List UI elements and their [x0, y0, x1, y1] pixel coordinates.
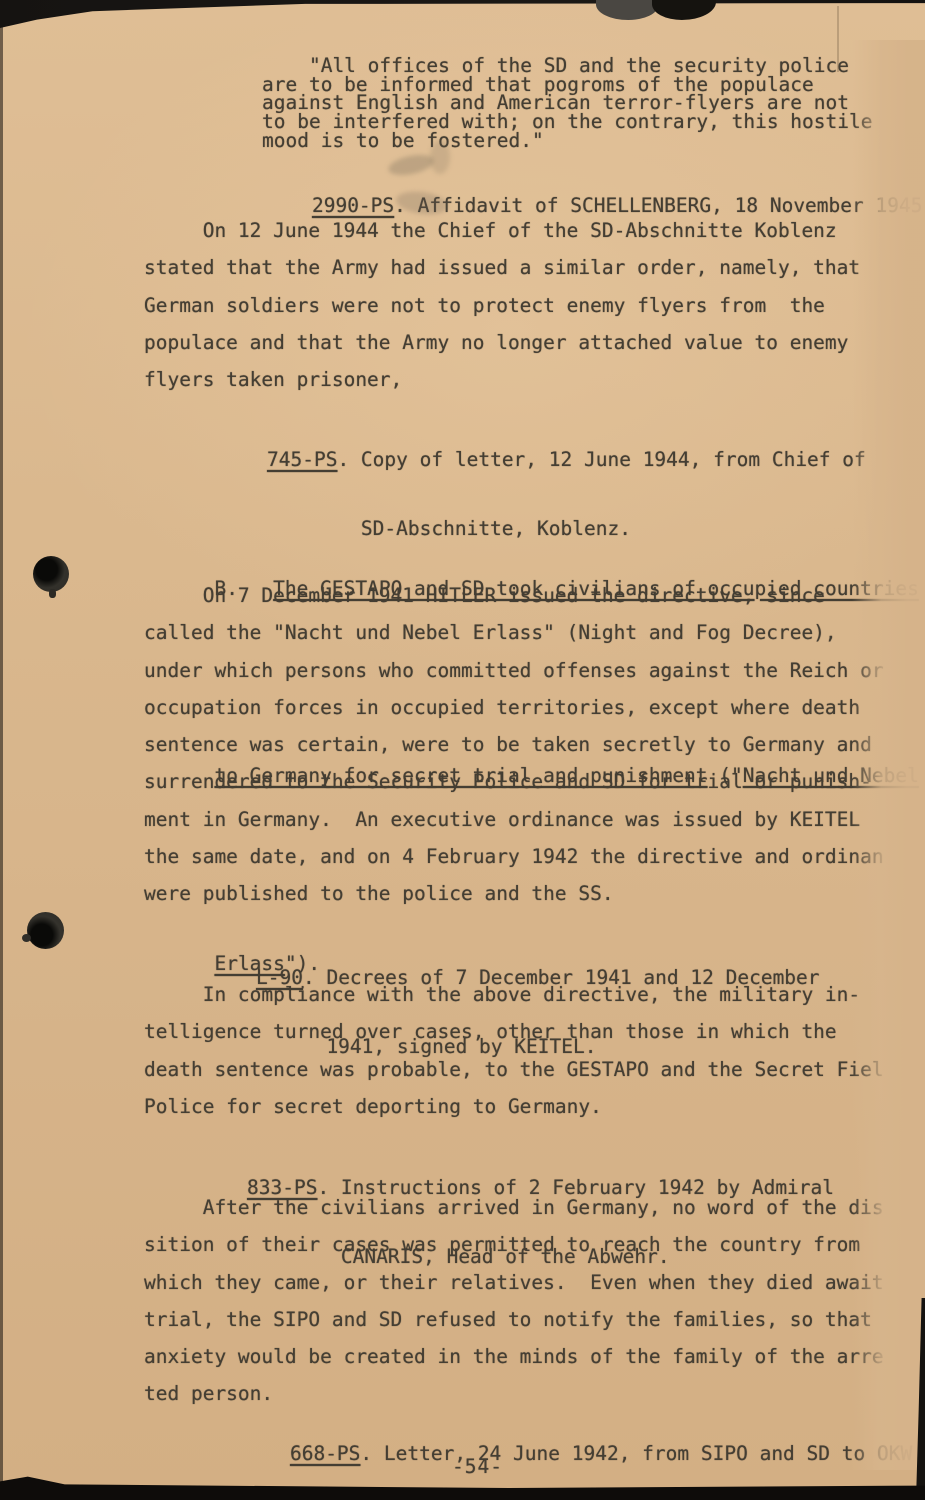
text-line: telligence turned over cases, other than…: [144, 1013, 884, 1050]
text-line: called the "Nacht und Nebel Erlass" (Nig…: [144, 614, 884, 651]
text-line: sentence was certain, were to be taken s…: [144, 726, 884, 763]
body-paragraph: On 12 June 1944 the Chief of the SD-Absc…: [144, 212, 860, 398]
body-paragraph: On 7 December 1941 HITLER issued the dir…: [144, 577, 884, 912]
page-number: -54-: [452, 1455, 503, 1478]
hole-punch-bottom: [27, 912, 64, 949]
citation-668-ps: 668-PS. Letter, 24 June 1942, from SIPO …: [243, 1419, 924, 1488]
text-line: under which persons who committed offens…: [144, 652, 884, 689]
body-paragraph: After the civilians arrived in Germany, …: [144, 1189, 884, 1413]
exhibit-number: 668-PS: [290, 1442, 360, 1465]
paper-crease: [837, 6, 839, 72]
scanned-document-page: "All offices of the SD and the security …: [0, 0, 925, 1500]
text-line: populace and that the Army no longer att…: [144, 324, 860, 361]
text-line: were published to the police and the SS.: [144, 875, 884, 912]
text-line: ted person.: [144, 1375, 884, 1412]
text-line: stated that the Army had issued a simila…: [144, 249, 860, 286]
text-line: flyers taken prisoner,: [144, 361, 860, 398]
pencil-smudge: [430, 140, 450, 174]
text-line: ment in Germany. An executive ordinance …: [144, 801, 884, 838]
text-line: German soldiers were not to protect enem…: [144, 287, 860, 324]
ink-blob-top-right: [652, 0, 716, 20]
page-right-edge-shadow: [916, 1298, 925, 1500]
page-top-edge-shadow: [0, 0, 925, 28]
text-line: On 7 December 1941 HITLER issued the dir…: [144, 577, 884, 614]
page-left-edge-shadow: [0, 0, 3, 1500]
text-line: surrendered to the Security Police and S…: [144, 763, 884, 800]
text-line: anxiety would be created in the minds of…: [144, 1338, 884, 1375]
text-line: Police for secret deporting to Germany.: [144, 1088, 884, 1125]
text-line: the same date, and on 4 February 1942 th…: [144, 838, 884, 875]
text-line: After the civilians arrived in Germany, …: [144, 1189, 884, 1226]
ink-blob-top-left: [596, 0, 658, 20]
text-line: which they came, or their relatives. Eve…: [144, 1264, 884, 1301]
text-line: occupation forces in occupied territorie…: [144, 689, 884, 726]
text-line: sition of their cases was permitted to r…: [144, 1226, 884, 1263]
hole-punch-top: [33, 556, 69, 592]
text-line: death sentence was probable, to the GEST…: [144, 1051, 884, 1088]
text-line: In compliance with the above directive, …: [144, 976, 884, 1013]
body-paragraph: In compliance with the above directive, …: [144, 976, 884, 1125]
text-line: mood is to be fostered.": [262, 132, 872, 151]
citation-text: . Letter, 24 June 1942, from SIPO and SD…: [360, 1442, 924, 1465]
block-quote: "All offices of the SD and the security …: [262, 57, 872, 151]
text-line: trial, the SIPO and SD refused to notify…: [144, 1301, 884, 1338]
text-line: On 12 June 1944 the Chief of the SD-Absc…: [144, 212, 860, 249]
